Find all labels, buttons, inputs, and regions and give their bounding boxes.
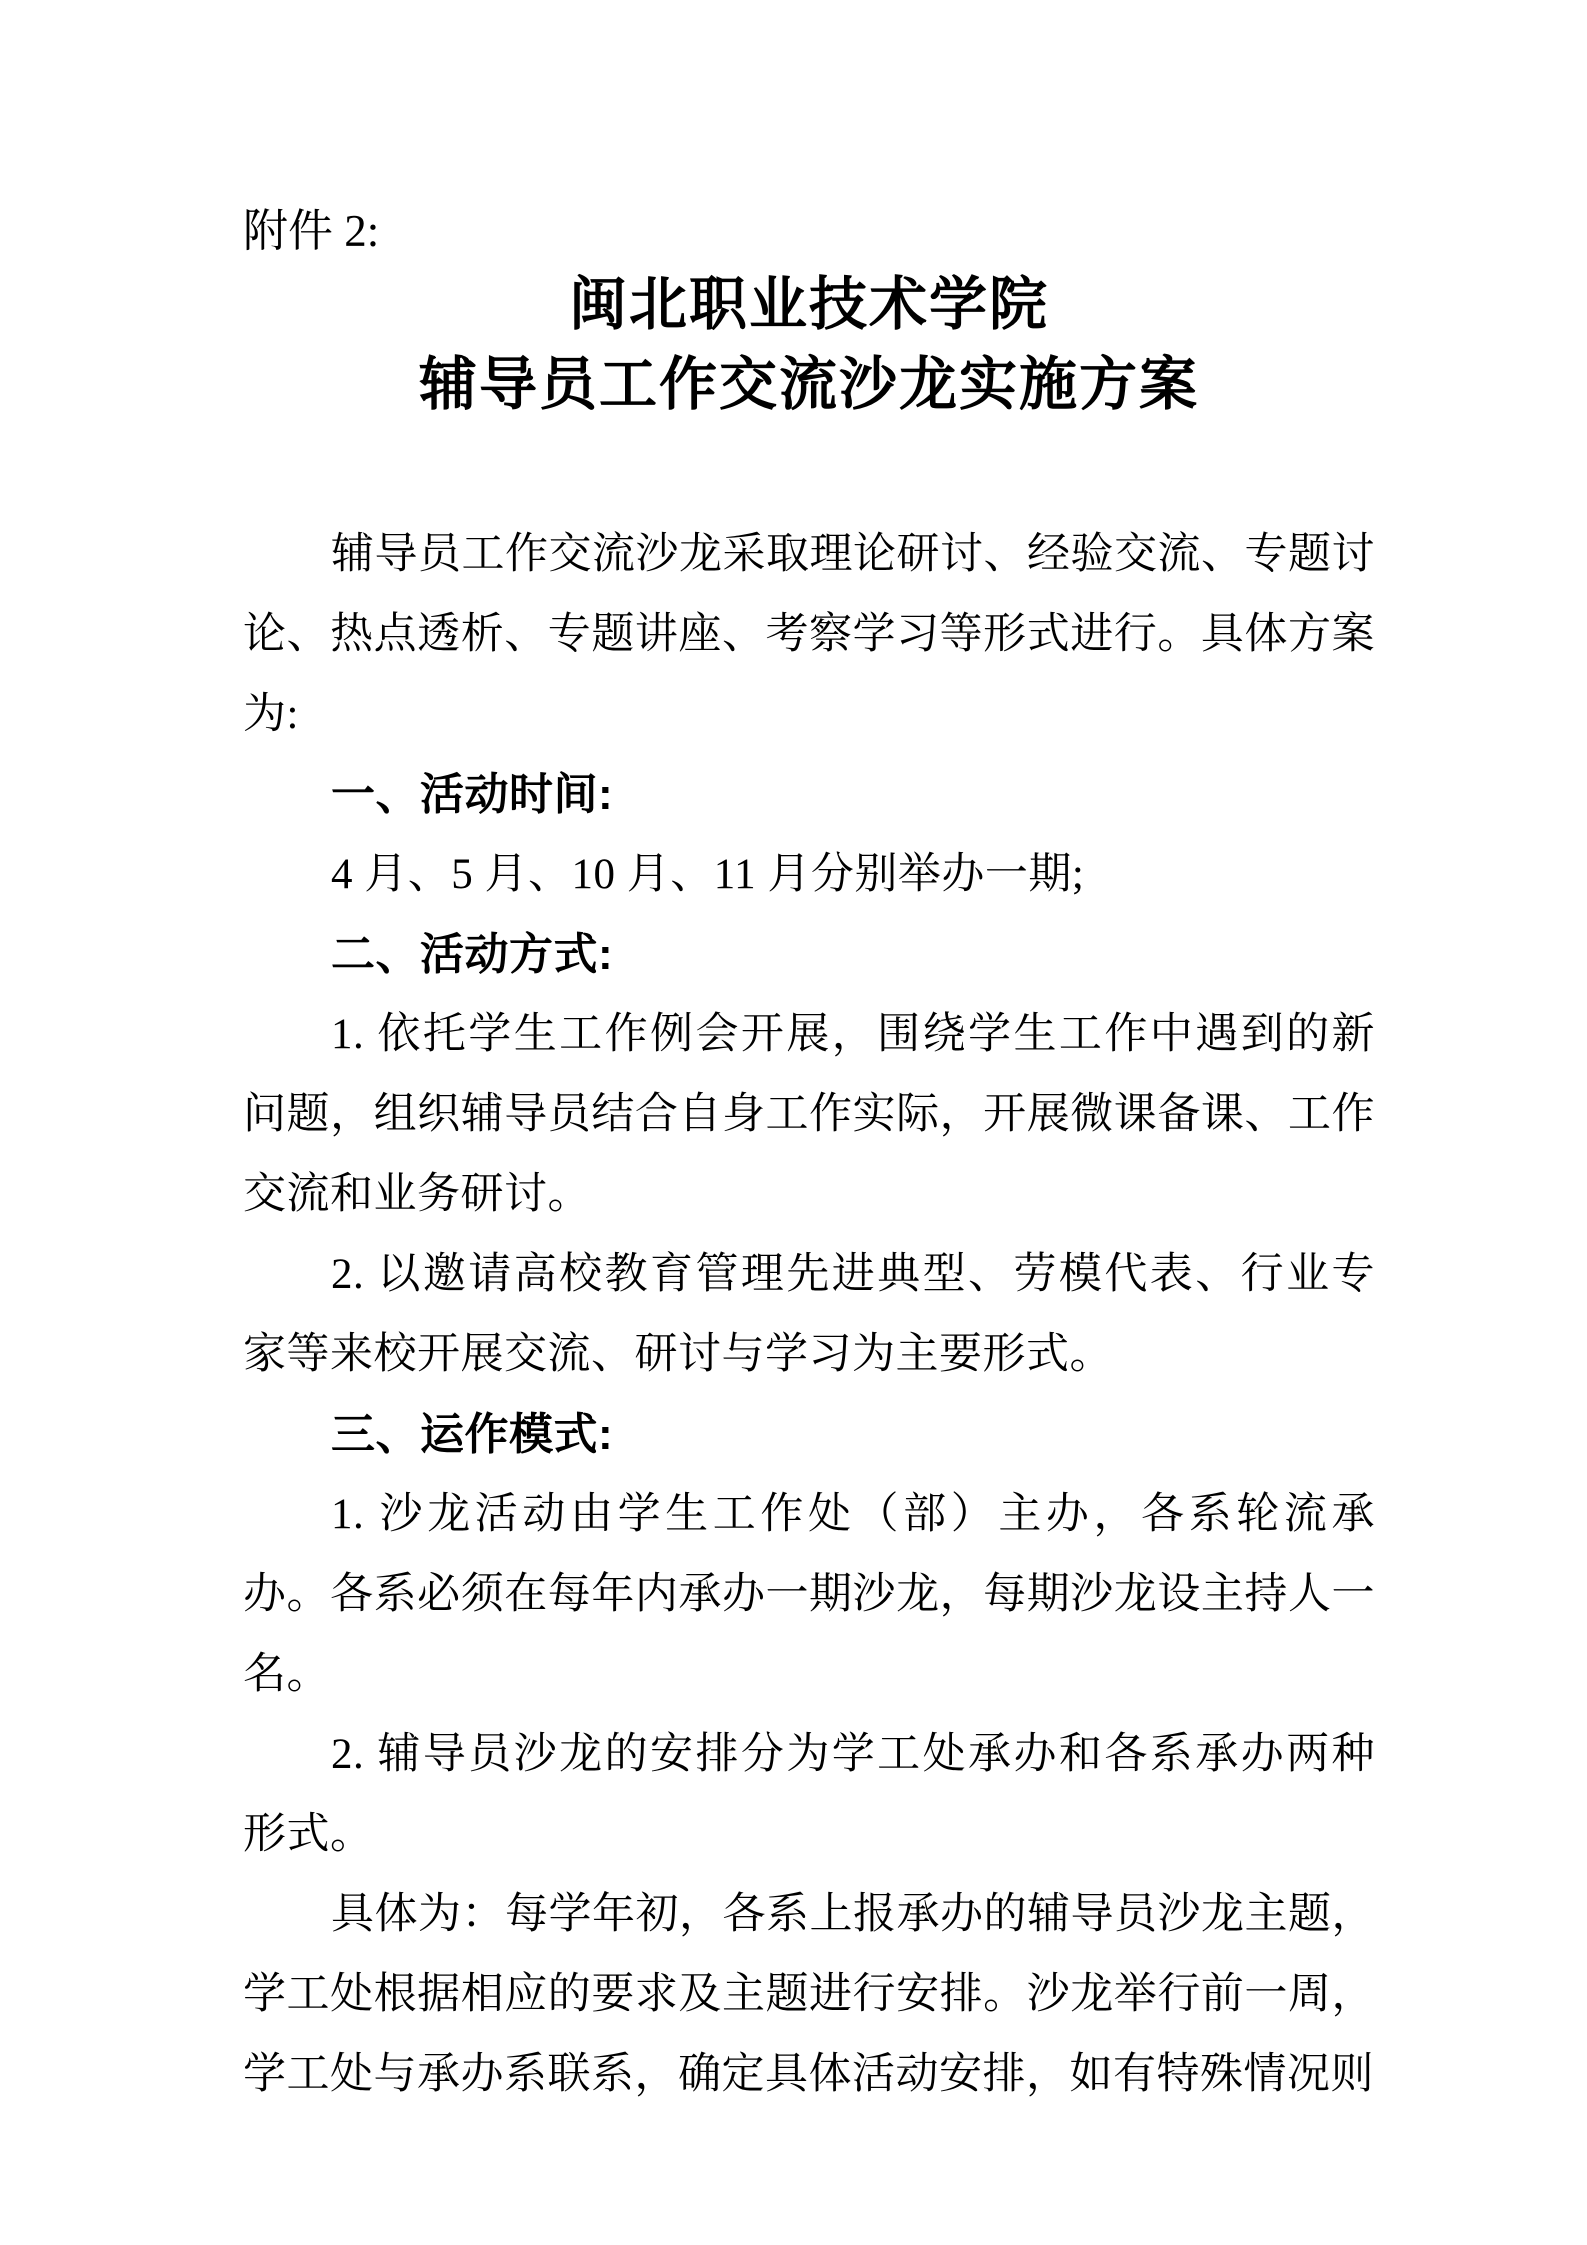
document-body: 辅导员工作交流沙龙采取理论研讨、经验交流、专题讨论、热点透析、专题讲座、考察学习… bbox=[243, 515, 1375, 2115]
paragraph-intro: 辅导员工作交流沙龙采取理论研讨、经验交流、专题讨论、热点透析、专题讲座、考察学习… bbox=[243, 515, 1375, 755]
paragraph-operation-model-1: 1. 沙龙活动由学生工作处（部）主办，各系轮流承办。各系必须在每年内承办一期沙龙… bbox=[243, 1475, 1375, 1715]
document-page: 附件 2: 闽北职业技术学院 辅导员工作交流沙龙实施方案 辅导员工作交流沙龙采取… bbox=[0, 0, 1587, 2245]
paragraph-activity-mode-2: 2. 以邀请高校教育管理先进典型、劳模代表、行业专家等来校开展交流、研讨与学习为… bbox=[243, 1235, 1375, 1395]
section-heading-activity-time: 一、活动时间: bbox=[243, 755, 1375, 835]
document-title: 闽北职业技术学院 辅导员工作交流沙龙实施方案 bbox=[243, 265, 1375, 425]
paragraph-activity-mode-1: 1. 依托学生工作例会开展，围绕学生工作中遇到的新问题，组织辅导员结合自身工作实… bbox=[243, 995, 1375, 1235]
paragraph-operation-model-detail: 具体为：每学年初，各系上报承办的辅导员沙龙主题，学工处根据相应的要求及主题进行安… bbox=[243, 1875, 1375, 2115]
document-title-line-1: 闽北职业技术学院 bbox=[243, 265, 1375, 345]
attachment-label: 附件 2: bbox=[243, 205, 1375, 257]
section-heading-operation-model: 三、运作模式: bbox=[243, 1395, 1375, 1475]
document-title-line-2: 辅导员工作交流沙龙实施方案 bbox=[243, 345, 1375, 425]
paragraph-operation-model-2: 2. 辅导员沙龙的安排分为学工处承办和各系承办两种形式。 bbox=[243, 1715, 1375, 1875]
paragraph-activity-time: 4 月、5 月、10 月、11 月分别举办一期; bbox=[243, 835, 1375, 915]
section-heading-activity-mode: 二、活动方式: bbox=[243, 915, 1375, 995]
